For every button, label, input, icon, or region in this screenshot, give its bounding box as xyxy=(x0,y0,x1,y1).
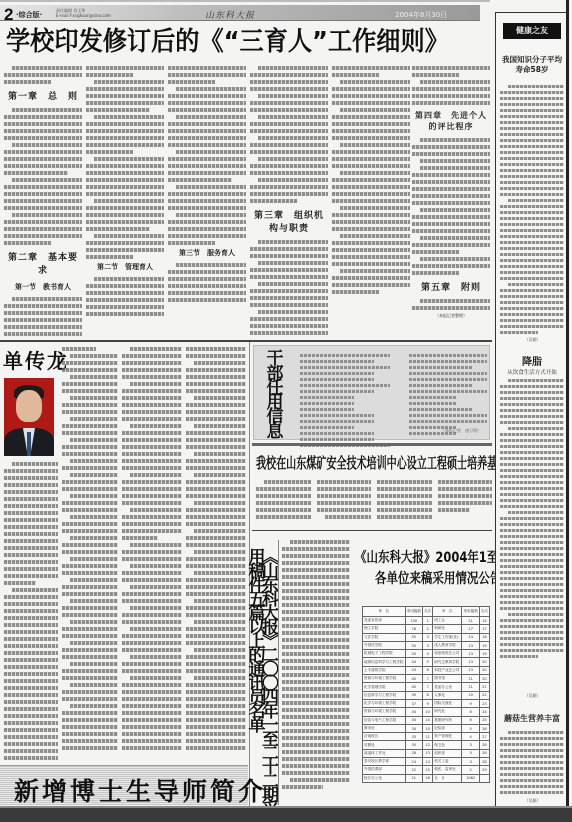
sidebar-article1-body xyxy=(500,85,564,337)
cell-count: 34 xyxy=(405,708,422,716)
chapter-heading: 第一章 总 则 xyxy=(4,89,82,102)
cell-unit: 文法学院 xyxy=(363,633,406,641)
cell-unit: 团工会 xyxy=(433,617,462,625)
sidebar-article3-credit: （吴娟） xyxy=(496,798,568,804)
cell-count: 30 xyxy=(405,741,422,749)
cell-rank: 10 xyxy=(423,716,433,724)
cell-count: 50 xyxy=(405,650,422,658)
cell-unit: 地球信息科学与工程学院 xyxy=(363,658,406,666)
cell-unit: 研究生教育学院 xyxy=(433,658,462,666)
table-row: 泰安校区教学部2414机关工委328 xyxy=(363,758,490,766)
cell-count: 78 xyxy=(405,625,422,633)
cell-unit: 资源与环境工程学院 xyxy=(363,708,406,716)
cell-unit: 化学与环境工程学院 xyxy=(363,699,406,707)
table-row: 外国语课部2215校医、监审处229 xyxy=(363,766,490,774)
section-divider xyxy=(0,340,492,342)
cell-rank: 10 xyxy=(423,708,433,716)
cell-count: 3 xyxy=(462,758,479,766)
cell-unit: 泰安校区教学部 xyxy=(363,758,406,766)
profile-column-4 xyxy=(186,347,246,760)
cell-rank: 21 xyxy=(479,683,489,691)
cell-rank xyxy=(479,774,489,782)
profile-column-1 xyxy=(4,462,58,760)
cell-rank: 26 xyxy=(479,724,489,732)
cell-count: 24 xyxy=(405,758,422,766)
article-column-2: 第二节 管理育人 xyxy=(86,66,164,338)
cell-rank: 20 xyxy=(479,666,489,674)
cell-rank: 24 xyxy=(479,708,489,716)
contribution-headline-line2: 各单位来稿采用情况公告 xyxy=(375,568,501,588)
cell-rank: 15 xyxy=(423,766,433,774)
cell-unit: 外国语学院 xyxy=(363,641,406,649)
table-row: 信息科学与工程学院398人事处1022 xyxy=(363,691,490,699)
chapter-heading: 第二章 基本要求 xyxy=(4,250,82,276)
table-row: 党委宣传部1301团工会2114 xyxy=(363,617,490,625)
article-column-1: 第一章 总 则 第二章 基本要求 第一节 教书育人 xyxy=(4,66,82,338)
cell-count: 55 xyxy=(405,633,422,641)
cell-unit: 党委宣传部 xyxy=(363,617,406,625)
cell-unit: 机械电子工程学院 xyxy=(363,650,406,658)
sidebar-article2-body xyxy=(500,379,564,661)
cell-count: 37 xyxy=(405,699,422,707)
cell-count: 13 xyxy=(462,650,479,658)
cell-count: 34 xyxy=(405,716,422,724)
cell-rank: 29 xyxy=(479,766,489,774)
cell-count: 43 xyxy=(405,666,422,674)
cell-unit: 土木建筑学院 xyxy=(363,666,406,674)
section-heading: 第三节 服务育人 xyxy=(168,248,246,258)
cell-rank: 20 xyxy=(479,675,489,683)
profile-column-3 xyxy=(122,347,182,760)
article-column-4: 第三章 组织机构与职责 xyxy=(250,66,328,338)
cell-count: 22 xyxy=(405,766,422,774)
cell-rank: 25 xyxy=(479,716,489,724)
sidebar-article2-heading: 降脂 从饮食生活方式开始 xyxy=(500,353,564,376)
sidebar-article2-title: 降脂 xyxy=(500,353,564,368)
table-header-row: 单 位 采用篇数 名次 单 位 采用篇数 名次 xyxy=(363,607,490,617)
cell-unit: 机关工委 xyxy=(433,758,462,766)
contribution-table: 单 位 采用篇数 名次 单 位 采用篇数 名次 党委宣传部1301团工会2114… xyxy=(362,606,490,783)
cell-unit: 保卫处 xyxy=(433,741,462,749)
cell-count: 2 xyxy=(462,766,479,774)
health-sidebar: 健康之友 我国知识分子平均寿命58岁 （吴娟） 降脂 从饮食生活方式开始 （吴娟… xyxy=(495,12,568,807)
training-base-headline: 我校在山东煤矿安全技术培训中心设立工程硕士培养基地 xyxy=(256,451,414,475)
editor-info: 责任编辑 肖玉华 E-mail:Fxnghour@sina.com xyxy=(56,8,126,18)
cell-rank: 27 xyxy=(479,733,489,741)
sidebar-article2-credit: （吴娟） xyxy=(496,693,568,699)
bottom-bar xyxy=(0,808,572,822)
cell-unit: 教务处 xyxy=(363,724,406,732)
cell-rank: 18 xyxy=(479,633,489,641)
cell-rank: 4 xyxy=(423,650,433,658)
table-row: 资源与环境工程学院407图书馆1120 xyxy=(363,675,490,683)
profile-column-2 xyxy=(62,347,118,760)
main-headline: 学校印发修订后的《“三育人”工作细则》 xyxy=(6,26,454,58)
cell-unit: 学生工作部(处) xyxy=(433,633,462,641)
cell-rank: 22 xyxy=(479,691,489,699)
profile-photo xyxy=(4,378,54,456)
cell-unit: 离退休工作处 xyxy=(363,749,406,757)
cell-unit: 图书馆 xyxy=(433,675,462,683)
cell-count: 40 xyxy=(405,675,422,683)
sidebar-article1-credit: （吴娟） xyxy=(496,337,568,343)
page-edge-rule xyxy=(566,0,569,822)
cell-rank: 17 xyxy=(479,625,489,633)
cell-count: 130 xyxy=(405,617,422,625)
cell-rank: 5 xyxy=(423,658,433,666)
sidebar-article3-title: 蘑菇生营养丰富 xyxy=(500,713,564,724)
cell-count: 10 xyxy=(462,691,479,699)
cell-rank: 1 xyxy=(423,617,433,625)
article-column-5 xyxy=(332,66,410,338)
chapter-heading: 第五章 附则 xyxy=(412,280,490,293)
table-row: 理工学院782科研处1717 xyxy=(363,625,490,633)
page-number: 2 xyxy=(4,6,13,23)
cell-unit: 成人教育学院 xyxy=(433,641,462,649)
section-name: ·综合版· xyxy=(16,10,42,20)
sidebar-article2-subtitle: 从饮食生活方式开始 xyxy=(500,368,564,376)
cell-count: 4 xyxy=(462,733,479,741)
cell-unit: 科研处 xyxy=(433,625,462,633)
cell-unit: 外国语课部 xyxy=(363,766,406,774)
masthead-logo: 山东科大报 xyxy=(205,8,255,21)
table-row: 机械电子工程学院504设备物资总公司1319 xyxy=(363,650,490,658)
cell-rank: 28 xyxy=(479,758,489,766)
cell-rank: 6 xyxy=(423,666,433,674)
header-rank: 名次 xyxy=(479,607,489,617)
cadre-appointment-box: 干部任用信息 （本报记者 唐卫明） xyxy=(253,345,490,440)
cell-unit: 设备物资总公司 xyxy=(433,650,462,658)
cell-rank: 20 xyxy=(479,658,489,666)
cell-count: 21 xyxy=(405,774,422,782)
cell-rank: 19 xyxy=(479,641,489,649)
table-row: 教务处3410纪检部526 xyxy=(363,724,490,732)
section-divider xyxy=(252,443,492,446)
cell-rank: 8 xyxy=(423,691,433,699)
cell-count: 8 xyxy=(462,708,479,716)
cell-unit: 基建研究所 xyxy=(433,716,462,724)
issue-date: 2004年8月30日 xyxy=(395,10,447,20)
cell-unit: 组织部 xyxy=(433,749,462,757)
cell-count: 34 xyxy=(405,724,422,732)
cell-unit: 化学管理学院 xyxy=(363,683,406,691)
article-column-6: 第四章 先进个人的评比程序 第五章 附则 （本报记者整理） xyxy=(412,66,490,338)
cell-unit: 济南校区 xyxy=(363,733,406,741)
cell-rank: 13 xyxy=(423,749,433,757)
cell-rank: 2 xyxy=(423,625,433,633)
roster-vertical-title: 《山东科大报》二〇〇四年一至二十二期采用稿件五篇以上的通讯员名单 xyxy=(254,548,274,822)
table-row: 济南校区3311资产管理处427 xyxy=(363,733,490,741)
table-row: 土木建筑学院436科技产业总公司1320 xyxy=(363,666,490,674)
cell-unit: 合 计 xyxy=(433,774,462,782)
cell-count: 5 xyxy=(462,724,479,732)
training-base-body xyxy=(256,480,492,528)
cell-unit: 国际交流处 xyxy=(433,699,462,707)
cell-unit: 后勤处 xyxy=(363,741,406,749)
sidebar-article1-title: 我国知识分子平均寿命58岁 xyxy=(500,55,564,75)
table-row: 后勤处3012保卫处328 xyxy=(363,741,490,749)
cell-count: 44 xyxy=(405,658,422,666)
cell-rank: 3 xyxy=(423,633,433,641)
table-row: 地球信息科学与工程学院445研究生教育学院1320 xyxy=(363,658,490,666)
cell-unit: 校医、监审处 xyxy=(433,766,462,774)
cell-unit: 科技产业总公司 xyxy=(433,666,462,674)
header-unit: 单 位 xyxy=(433,607,462,617)
cell-count: 14 xyxy=(462,633,479,641)
email-line: E-mail:Fxnghour@sina.com xyxy=(56,13,126,18)
cell-unit: 研究处 xyxy=(433,708,462,716)
section-divider xyxy=(252,530,492,531)
column-divider xyxy=(278,540,279,805)
cell-count: 28 xyxy=(405,749,422,757)
cell-rank: 28 xyxy=(479,749,489,757)
cell-unit: 纪检部 xyxy=(433,724,462,732)
cell-rank: 16 xyxy=(423,774,433,782)
cell-count: 6 xyxy=(462,716,479,724)
cell-unit: 党委办公室 xyxy=(433,683,462,691)
banner-title: 新增博士生导师简介 xyxy=(14,772,266,808)
article-column-3: 第三节 服务育人 xyxy=(168,66,246,338)
cell-count: 1062 xyxy=(462,774,479,782)
header-count: 采用篇数 xyxy=(462,607,479,617)
chapter-heading: 第三章 组织机构与职责 xyxy=(250,208,328,234)
chapter-heading: 第四章 先进个人的评比程序 xyxy=(412,110,490,132)
cell-rank: 14 xyxy=(479,617,489,625)
cell-rank: 19 xyxy=(479,650,489,658)
cell-unit: 理工学院 xyxy=(363,625,406,633)
cell-unit: 资源与环境工程学院 xyxy=(363,675,406,683)
table-row: 化学与环境工程学院379国际交流处923 xyxy=(363,699,490,707)
cell-rank: 11 xyxy=(423,733,433,741)
cell-count: 21 xyxy=(462,617,479,625)
cadre-list-left xyxy=(300,354,390,450)
cadre-list-right xyxy=(409,354,487,438)
cell-rank: 7 xyxy=(423,683,433,691)
cell-unit: 人事处 xyxy=(433,691,462,699)
table-row: 资源与环境工程学院3410研究处824 xyxy=(363,708,490,716)
cell-rank: 7 xyxy=(423,675,433,683)
cell-count: 3 xyxy=(462,741,479,749)
cell-unit: 信息与电气工程学院 xyxy=(363,716,406,724)
cell-unit: 校长办公室 xyxy=(363,774,406,782)
table-row: 文法学院553学生工作部(处)1418 xyxy=(363,633,490,641)
cell-count: 13 xyxy=(462,658,479,666)
sidebar-article3-body xyxy=(500,731,564,797)
roster-body xyxy=(282,540,350,805)
cell-rank: 9 xyxy=(423,699,433,707)
cell-rank: 23 xyxy=(479,699,489,707)
top-rule xyxy=(0,0,490,2)
doctoral-supervisors-banner: 新增博士生导师简介 xyxy=(0,765,248,805)
article-credit: （本报记者整理） xyxy=(412,313,490,319)
table-row: 校长办公室2116合 计1062 xyxy=(363,774,490,782)
table-row: 信息与电气工程学院3410基建研究所625 xyxy=(363,716,490,724)
table-row: 离退休工作处2813组织部328 xyxy=(363,749,490,757)
cell-unit: 资产管理处 xyxy=(433,733,462,741)
cell-count: 9 xyxy=(462,699,479,707)
cell-rank: 12 xyxy=(423,741,433,749)
header-rank: 名次 xyxy=(423,607,433,617)
sidebar-column-label: 健康之友 xyxy=(503,23,561,39)
cell-count: 13 xyxy=(462,641,479,649)
header-count: 采用篇数 xyxy=(405,607,422,617)
cell-rank: 3 xyxy=(423,641,433,649)
cell-count: 40 xyxy=(405,683,422,691)
table-row: 化学管理学院407党委办公室1121 xyxy=(363,683,490,691)
table-row: 外国语学院553成人教育学院1319 xyxy=(363,641,490,649)
cell-count: 33 xyxy=(405,733,422,741)
page-header: 2 ·综合版· 责任编辑 肖玉华 E-mail:Fxnghour@sina.co… xyxy=(0,5,480,21)
cadre-box-title: 干部任用信息 xyxy=(260,352,290,439)
cell-count: 11 xyxy=(462,683,479,691)
cell-count: 39 xyxy=(405,691,422,699)
cadre-box-credit: （本报记者 唐卫明） xyxy=(441,428,481,434)
header-unit: 单 位 xyxy=(363,607,406,617)
cell-count: 55 xyxy=(405,641,422,649)
cell-rank: 10 xyxy=(423,724,433,732)
section-heading: 第二节 管理育人 xyxy=(86,262,164,272)
cell-count: 3 xyxy=(462,749,479,757)
profile-name: 单传龙 xyxy=(3,345,69,374)
cell-rank: 28 xyxy=(479,741,489,749)
cell-count: 11 xyxy=(462,675,479,683)
cell-unit: 信息科学与工程学院 xyxy=(363,691,406,699)
cell-rank: 14 xyxy=(423,758,433,766)
section-heading: 第一节 教书育人 xyxy=(4,282,82,292)
cell-count: 13 xyxy=(462,666,479,674)
cell-count: 17 xyxy=(462,625,479,633)
